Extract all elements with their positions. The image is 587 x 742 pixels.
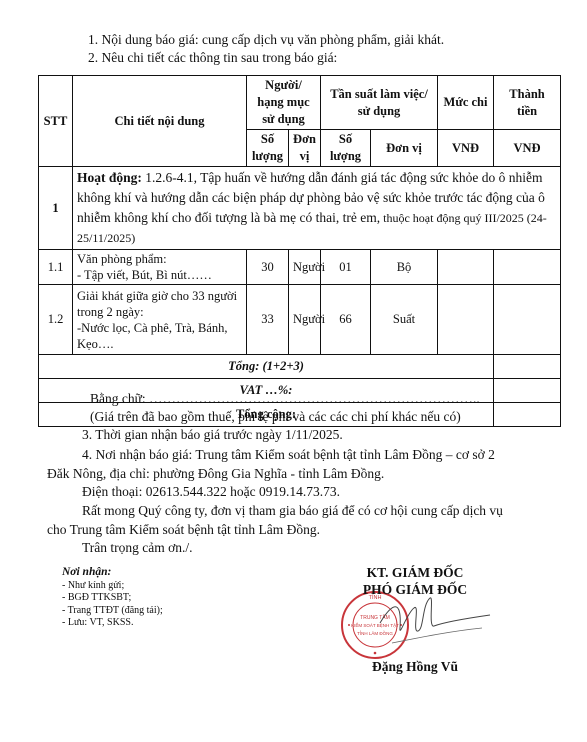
row-qty1: 33 [247, 285, 289, 355]
recipient-item: - Như kính gửi; [62, 580, 163, 593]
phone-line: Điện thoại: 02613.544.322 hoặc 0919.14.7… [82, 484, 340, 500]
signature-title-2: PHÓ GIÁM ĐỐC [340, 582, 490, 598]
row-rate[interactable] [438, 250, 494, 285]
row-detail-line: -Nước lọc, Cà phê, Trà, Bánh, Kẹo…. [77, 320, 242, 352]
subtotal-row: Tổng: (1+2+3) [39, 355, 561, 379]
subtotal-label: Tổng: (1+2+3) [39, 355, 494, 379]
signature-title-1: KT. GIÁM ĐỐC [340, 565, 490, 581]
receiving-place-line-2: Đăk Nông, địa chỉ: phường Đông Gia Nghĩa… [47, 466, 384, 482]
row-detail: Văn phòng phẩm:- Tập viết, Bút, Bì nút…… [73, 250, 247, 285]
recipient-item: - Trang TTĐT (đăng tải); [62, 605, 163, 618]
amount-in-words: Bằng chữ: ……………………………………………………………….. [90, 391, 480, 407]
header-unit2: Đơn vị [371, 130, 438, 167]
row-unit2: Suất [371, 285, 438, 355]
header-rate: Mức chi [438, 76, 494, 130]
row-stt: 1.2 [39, 285, 73, 355]
row-detail: Giải khát giữa giờ cho 33 người trong 2 … [73, 285, 247, 355]
intro-item-1: 1. Nội dung báo giá: cung cấp dịch vụ vă… [88, 32, 444, 48]
handwritten-signature-icon [372, 593, 492, 648]
signer-name: Đặng Hồng Vũ [340, 659, 490, 675]
header-amount: Thành tiền [494, 76, 561, 130]
row-detail-line: Văn phòng phẩm: [77, 251, 242, 267]
row-unit1: Người [289, 285, 321, 355]
row-unit1: Người [289, 250, 321, 285]
quotation-table: STT Chi tiết nội dung Người/ hạng mục sử… [38, 75, 561, 427]
vat-value[interactable] [494, 379, 561, 403]
activity-stt: 1 [39, 167, 73, 250]
header-frequency-group: Tần suất làm việc/ sử dụng [321, 76, 438, 130]
header-rate-unit: VNĐ [438, 130, 494, 167]
price-note: (Giá trên đã bao gồm thuế, phí lệ phí và… [90, 409, 461, 425]
row-rate[interactable] [438, 285, 494, 355]
invitation-line-1: Rất mong Quý công ty, đơn vị tham gia bá… [82, 503, 503, 519]
header-amount-unit: VNĐ [494, 130, 561, 167]
activity-description: Hoạt động: 1.2.6-4.1, Tập huấn về hướng … [73, 167, 561, 250]
header-qty2: Số lượng [321, 130, 371, 167]
intro-item-2: 2. Nêu chi tiết các thông tin sau trong … [88, 50, 337, 66]
deadline-item: 3. Thời gian nhận báo giá trước ngày 1/1… [82, 427, 343, 443]
header-stt: STT [39, 76, 73, 167]
grand-total-value[interactable] [494, 403, 561, 427]
recipients-title: Nơi nhận: [62, 566, 163, 579]
header-unit1: Đơn vị [289, 130, 321, 167]
recipient-item: - Lưu: VT, SKSS. [62, 617, 163, 630]
invitation-line-2: cho Trung tâm Kiểm soát bệnh tật tỉnh Lâ… [47, 522, 320, 538]
row-detail-line: - Tập viết, Bút, Bì nút…… [77, 267, 242, 283]
row-amount[interactable] [494, 285, 561, 355]
row-detail-line: Giải khát giữa giờ cho 33 người trong 2 … [77, 288, 242, 320]
header-qty1: Số lượng [247, 130, 289, 167]
table-row: 1.1 Văn phòng phẩm:- Tập viết, Bút, Bì n… [39, 250, 561, 285]
row-unit2: Bộ [371, 250, 438, 285]
row-stt: 1.1 [39, 250, 73, 285]
row-qty1: 30 [247, 250, 289, 285]
row-qty2: 66 [321, 285, 371, 355]
header-people-group: Người/ hạng mục sử dụng [247, 76, 321, 130]
subtotal-value[interactable] [494, 355, 561, 379]
activity-row: 1 Hoạt động: 1.2.6-4.1, Tập huấn về hướn… [39, 167, 561, 250]
row-qty2: 01 [321, 250, 371, 285]
table-row: 1.2 Giải khát giữa giờ cho 33 người tron… [39, 285, 561, 355]
receiving-place-line-1: 4. Nơi nhận báo giá: Trung tâm Kiểm soát… [82, 447, 495, 463]
header-row-1: STT Chi tiết nội dung Người/ hạng mục sử… [39, 76, 561, 130]
recipients-block: Nơi nhận: - Như kính gửi; - BGĐ TTKSBT; … [62, 566, 163, 630]
thanks-line: Trân trọng cảm ơn./. [82, 540, 193, 556]
recipient-item: - BGĐ TTKSBT; [62, 592, 163, 605]
header-detail: Chi tiết nội dung [73, 76, 247, 167]
activity-label: Hoạt động: [77, 170, 142, 185]
row-amount[interactable] [494, 250, 561, 285]
